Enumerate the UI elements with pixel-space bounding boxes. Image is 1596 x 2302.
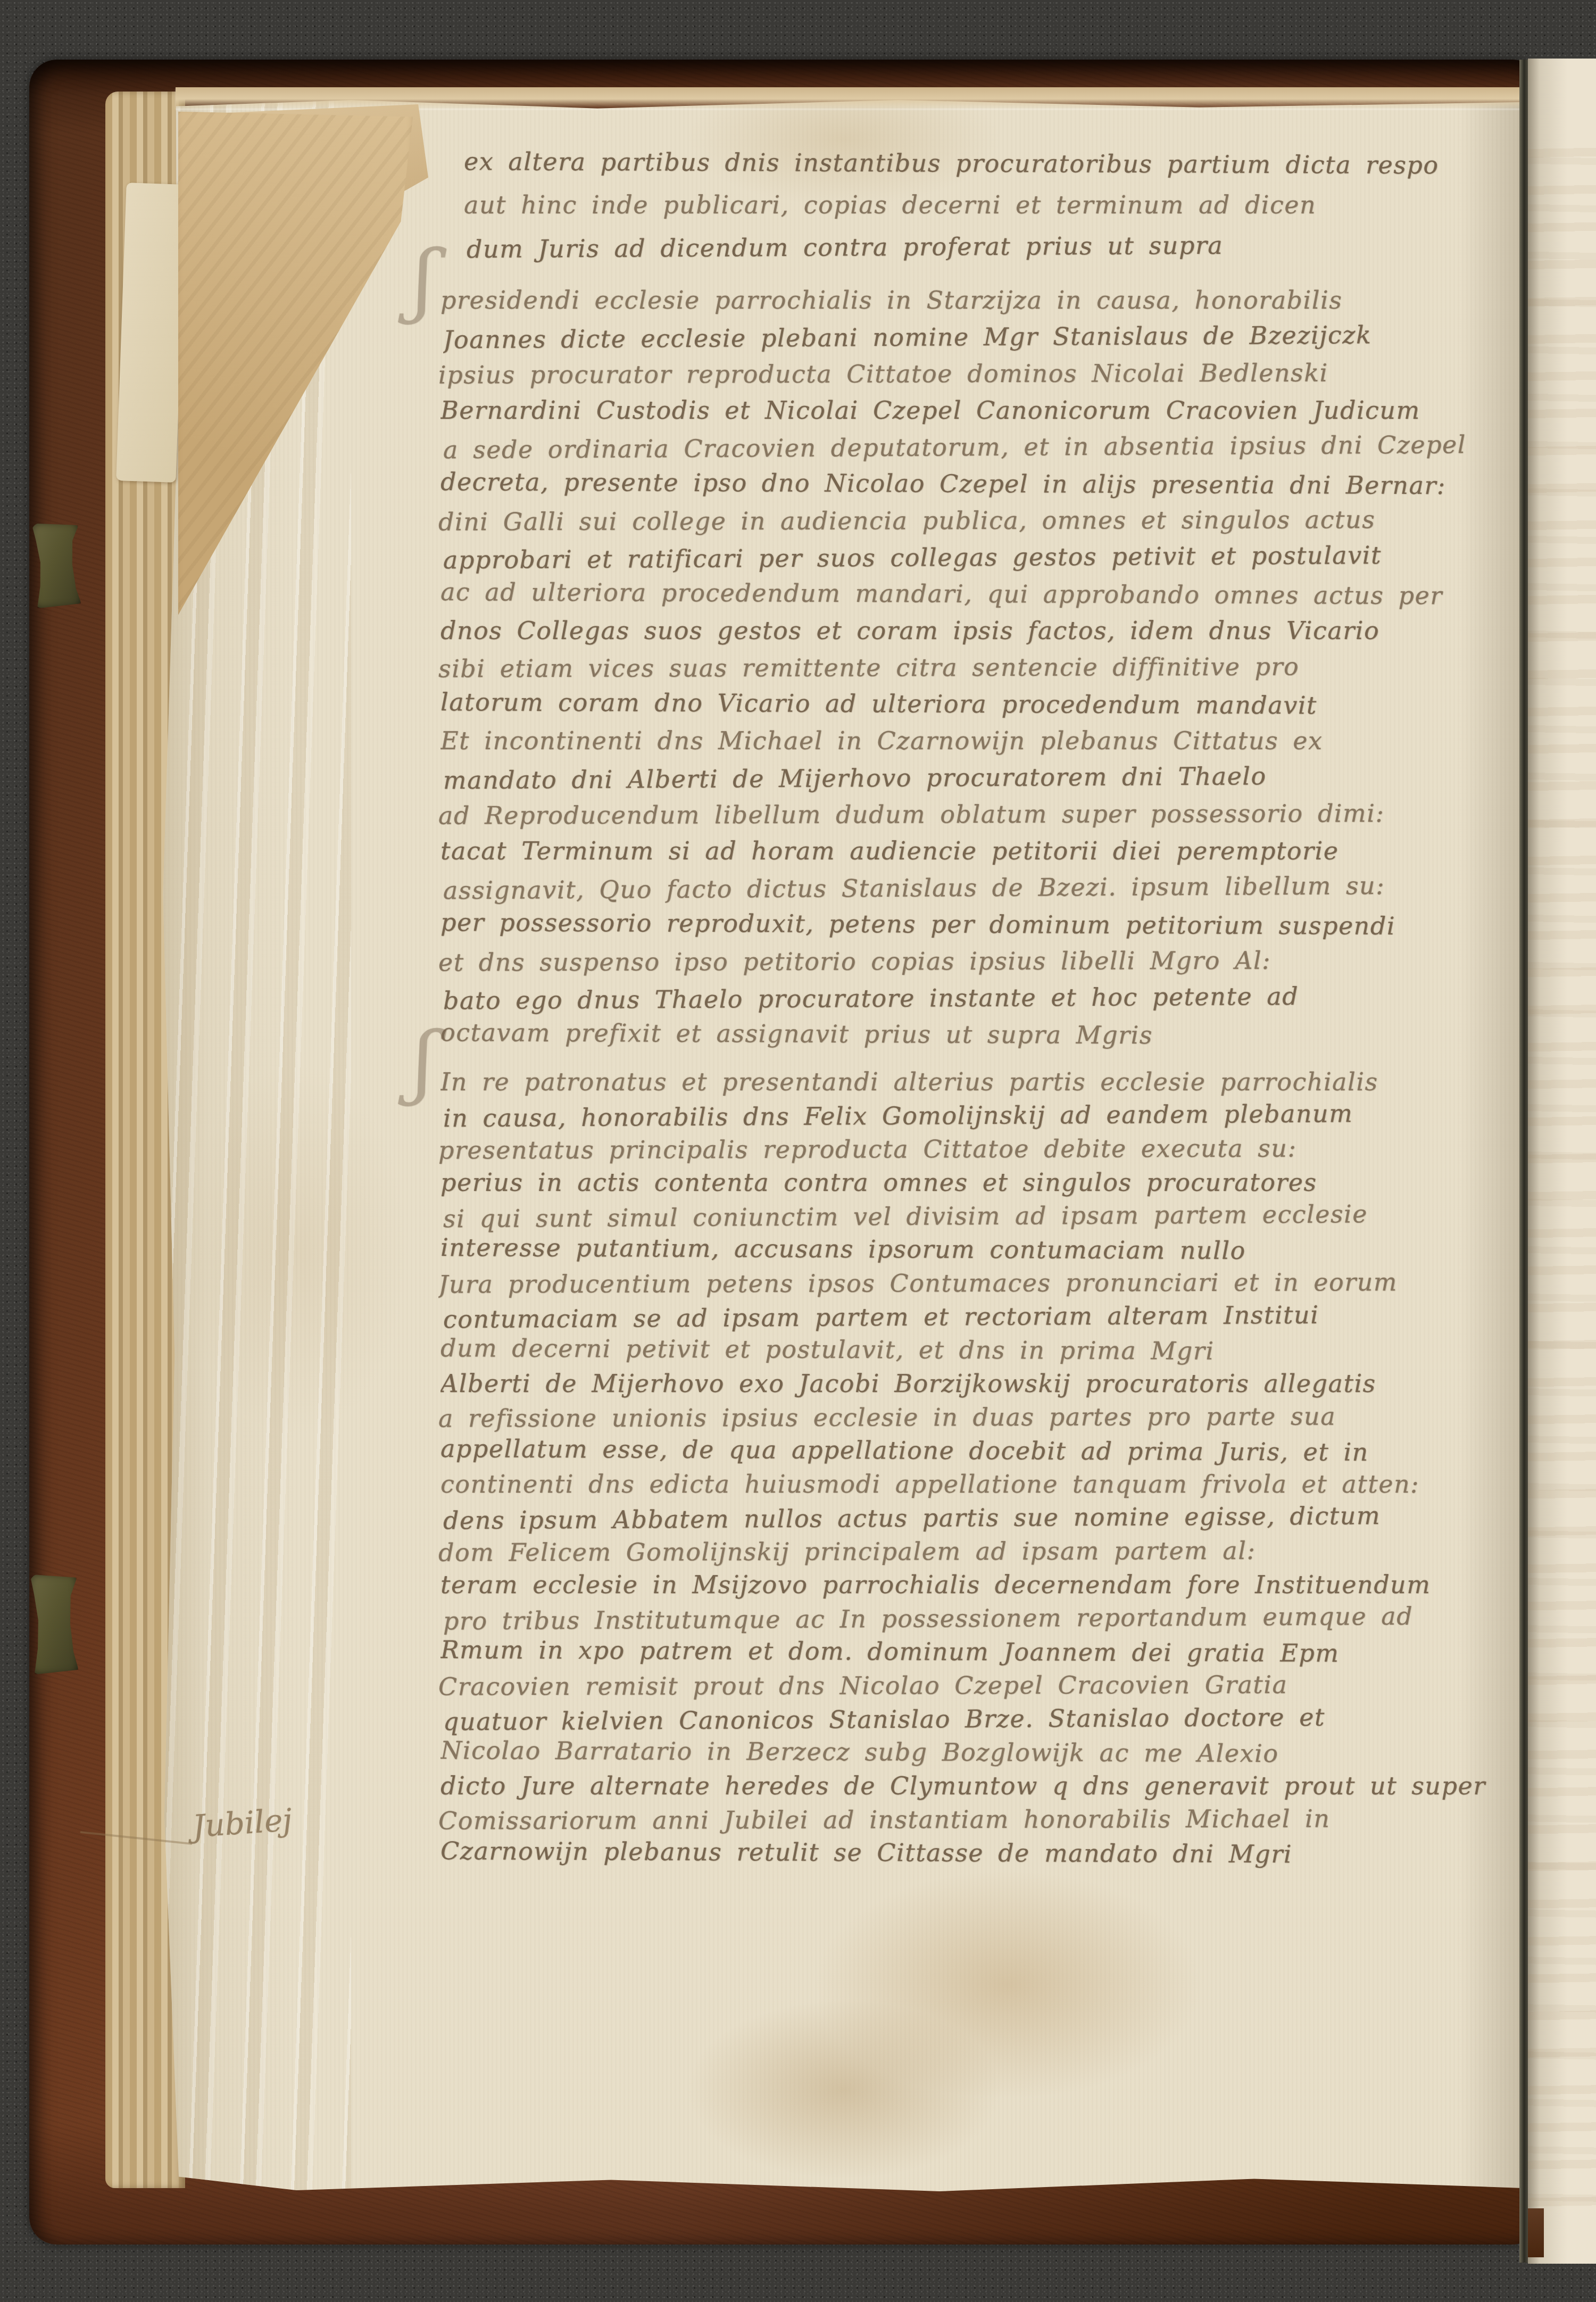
manuscript-line: a refissione unionis ipsius ecclesie in … [438, 1400, 1525, 1436]
manuscript-line: continenti dns edicta huiusmodi appellat… [440, 1468, 1527, 1501]
manuscript-line: dicto Jure alternate heredes de Clymunto… [440, 1769, 1527, 1803]
manuscript-line: ad Reproducendum libellum dudum oblatum … [438, 795, 1525, 834]
page-top-edge [176, 87, 1520, 109]
manuscript-line: Czarnowijn plebanus retulit se Cittasse … [440, 1834, 1527, 1872]
manuscript-line: dum decerni petivit et postulavit, et dn… [440, 1331, 1527, 1369]
paragraph-1: ex altera partibus dnis instantibus proc… [464, 143, 1524, 267]
margin-note: Jubilej [192, 1802, 293, 1845]
manuscript-line: Alberti de Mijerhovo exo Jacobi Borzijko… [440, 1367, 1527, 1401]
manuscript-line: Joannes dicte ecclesie plebani nomine Mg… [443, 316, 1529, 359]
manuscript-line: Comissariorum anni Jubilei ad instantiam… [438, 1802, 1525, 1838]
paragraph-3: ʃ In re patronatus et presentandi alteri… [440, 1065, 1527, 1870]
manuscript-line: pro tribus Institutumque ac In possessio… [443, 1599, 1529, 1638]
manuscript-line: appellatum esse, de qua appellatione doc… [440, 1432, 1527, 1470]
manuscript-line: Jura producentium petens ipsos Contumace… [438, 1265, 1525, 1302]
gutter-shadow [1519, 60, 1528, 2263]
manuscript-line: per possessorio reproduxit, petens per d… [440, 904, 1527, 945]
manuscript-line: ipsius procurator reproducta Cittatoe do… [438, 354, 1525, 394]
manuscript-line: in causa, honorabilis dns Felix Gomolijn… [443, 1096, 1529, 1136]
manuscript-line: presentatus principalis reproducta Citta… [438, 1131, 1525, 1167]
manuscript-line: dens ipsum Abbatem nullos actus partis s… [443, 1498, 1529, 1538]
manuscript-line: Rmum in xpo patrem et dom. dominum Joann… [440, 1633, 1527, 1671]
paragraph-2: ʃ presidendi ecclesie parrochialis in St… [440, 282, 1527, 1053]
manuscript-line: In re patronatus et presentandi alterius… [440, 1065, 1527, 1099]
manuscript-line: latorum coram dno Vicario ad ulteriora p… [440, 684, 1527, 725]
manuscript-line: mandato dni Alberti de Mijerhovo procura… [443, 757, 1529, 799]
manuscript-line: interesse putantium, accusans ipsorum co… [440, 1231, 1527, 1269]
manuscript-line: bato ego dnus Thaelo procuratore instant… [443, 977, 1529, 1020]
facing-page [1528, 59, 1596, 2264]
manuscript-line: sibi etiam vices suas remittente citra s… [438, 648, 1525, 688]
manuscript-line: decreta, presente ipso dno Nicolao Czepe… [440, 463, 1527, 504]
manuscript-line: si qui sunt simul coniunctim vel divisim… [443, 1197, 1529, 1236]
scanner-background: ex altera partibus dnis instantibus proc… [0, 0, 1596, 2302]
manuscript-line: aut hinc inde publicari, copias decerni … [464, 184, 1524, 226]
manuscript-line: ac ad ulteriora procedendum mandari, qui… [440, 574, 1527, 615]
manuscript-line: Cracovien remisit prout dns Nicolao Czep… [438, 1668, 1525, 1704]
manuscript-line: a sede ordinaria Cracovien deputatorum, … [443, 426, 1529, 469]
manuscript-line: contumaciam se ad ipsam partem et rector… [443, 1297, 1529, 1337]
manuscript-line: Bernardini Custodis et Nicolai Czepel Ca… [440, 392, 1527, 429]
cover-corner-bottom-right [1528, 2208, 1544, 2257]
manuscript-line: et dns suspenso ipso petitorio copias ip… [438, 942, 1525, 981]
manuscript-line: perius in actis contenta contra omnes et… [440, 1166, 1527, 1199]
manuscript-line: presidendi ecclesie parrochialis in Star… [440, 282, 1527, 319]
paragraph-swash: ʃ [413, 262, 435, 299]
manuscript-line: teram ecclesie in Msijzovo parrochialis … [440, 1568, 1527, 1602]
manuscript-line: assignavit, Quo facto dictus Stanislaus … [443, 867, 1529, 909]
loose-sheet-corner [116, 183, 186, 483]
manuscript-line: dom Felicem Gomolijnskij principalem ad … [438, 1534, 1525, 1570]
manuscript-line: dini Galli sui college in audiencia publ… [438, 501, 1525, 541]
bleed-through-text [1528, 133, 1596, 2208]
manuscript-line: quatuor kielvien Canonicos Stanislao Brz… [443, 1700, 1529, 1739]
manuscript-line: dum Juris ad dicendum contra proferat pr… [467, 223, 1526, 270]
manuscript-line: Nicolao Barratario in Berzecz subg Bozgl… [440, 1734, 1527, 1771]
manuscript-line: dnos Collegas suos gestos et coram ipsis… [440, 612, 1527, 649]
manuscript-line: octavam prefixit et assignavit prius ut … [440, 1014, 1527, 1055]
manuscript-line: ex altera partibus dnis instantibus proc… [464, 140, 1524, 186]
paragraph-swash: ʃ [413, 1045, 435, 1079]
manuscript-line: approbari et ratificari per suos collega… [443, 536, 1529, 579]
manuscript-line: tacat Terminum si ad horam audiencie pet… [440, 833, 1527, 870]
manuscript-line: Et incontinenti dns Michael in Czarnowij… [440, 723, 1527, 759]
